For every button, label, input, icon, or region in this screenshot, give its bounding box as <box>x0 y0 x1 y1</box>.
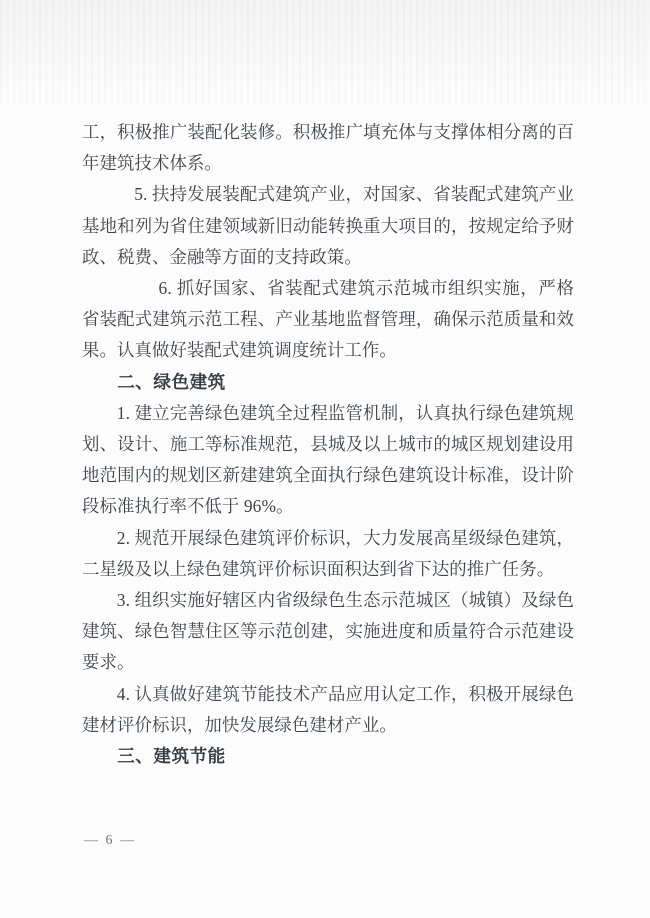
page-number: — 6 — <box>84 833 136 849</box>
paragraph-item-3: 3. 组织实施好辖区内省级绿色生态示范城区（城镇）及绿色建筑、绿色智慧住区等示范… <box>82 585 574 679</box>
paragraph-item-5: 5. 扶持发展装配式建筑产业，对国家、省装配式建筑产业基地和列为省住建领域新旧动… <box>82 179 574 273</box>
document-body: 工，积极推广装配化装修。积极推广填充体与支撑体相分离的百年建筑技术体系。 5. … <box>82 117 574 772</box>
document-page: 工，积极推广装配化装修。积极推广填充体与支撑体相分离的百年建筑技术体系。 5. … <box>0 0 650 918</box>
paragraph-item-2: 2. 规范开展绿色建筑评价标识，大力发展高星级绿色建筑，二星级及以上绿色建筑评价… <box>82 523 574 585</box>
section-heading-building-energy-saving: 三、建筑节能 <box>82 741 574 772</box>
paragraph-item-4: 4. 认真做好建筑节能技术产品应用认定工作，积极开展绿色建材评价标识，加快发展绿… <box>82 679 574 741</box>
paragraph-item-1: 1. 建立完善绿色建筑全过程监管机制，认真执行绿色建筑规划、设计、施工等标准规范… <box>82 398 574 523</box>
scan-noise-texture <box>0 0 650 105</box>
paragraph-continuation: 工，积极推广装配化装修。积极推广填充体与支撑体相分离的百年建筑技术体系。 <box>82 117 574 179</box>
paragraph-item-6: 6. 抓好国家、省装配式建筑示范城市组织实施，严格省装配式建筑示范工程、产业基地… <box>82 273 574 367</box>
section-heading-green-building: 二、绿色建筑 <box>82 367 574 398</box>
